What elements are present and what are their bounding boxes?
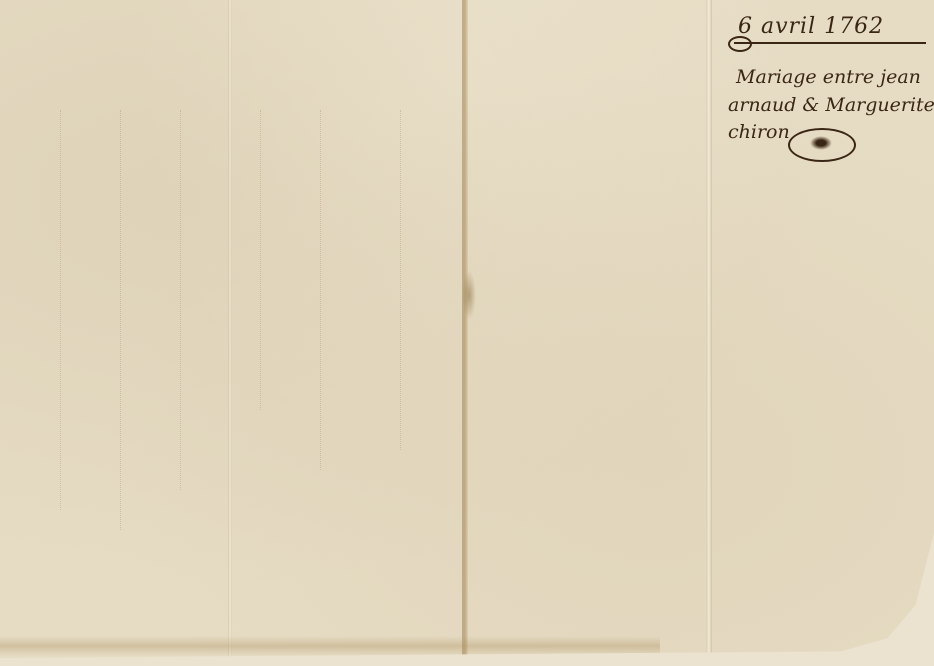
docket-date: 6 avril 1762 <box>738 14 884 39</box>
fold-line <box>706 0 712 658</box>
fold-line <box>462 0 468 658</box>
paraph-seal-icon <box>788 128 856 162</box>
docket-line: Mariage entre jean <box>736 66 921 88</box>
fold-line <box>228 0 232 658</box>
ink-bleed-through <box>60 110 67 510</box>
docket-line: chiron <box>728 121 790 143</box>
document-paper: 6 avril 1762 Mariage entre jean arnaud &… <box>0 0 934 658</box>
ink-bleed-through <box>400 110 407 450</box>
ink-bleed-through <box>260 110 267 410</box>
docket-line: arnaud & Marguerite <box>728 94 934 116</box>
ink-bleed-through <box>180 110 187 490</box>
paraph-mark <box>810 136 832 150</box>
fold-stain <box>462 270 476 320</box>
worn-edge <box>0 636 660 656</box>
flourish-icon <box>728 36 752 52</box>
ink-bleed-through <box>320 110 327 470</box>
ink-bleed-through <box>120 110 127 530</box>
underline <box>734 42 926 44</box>
